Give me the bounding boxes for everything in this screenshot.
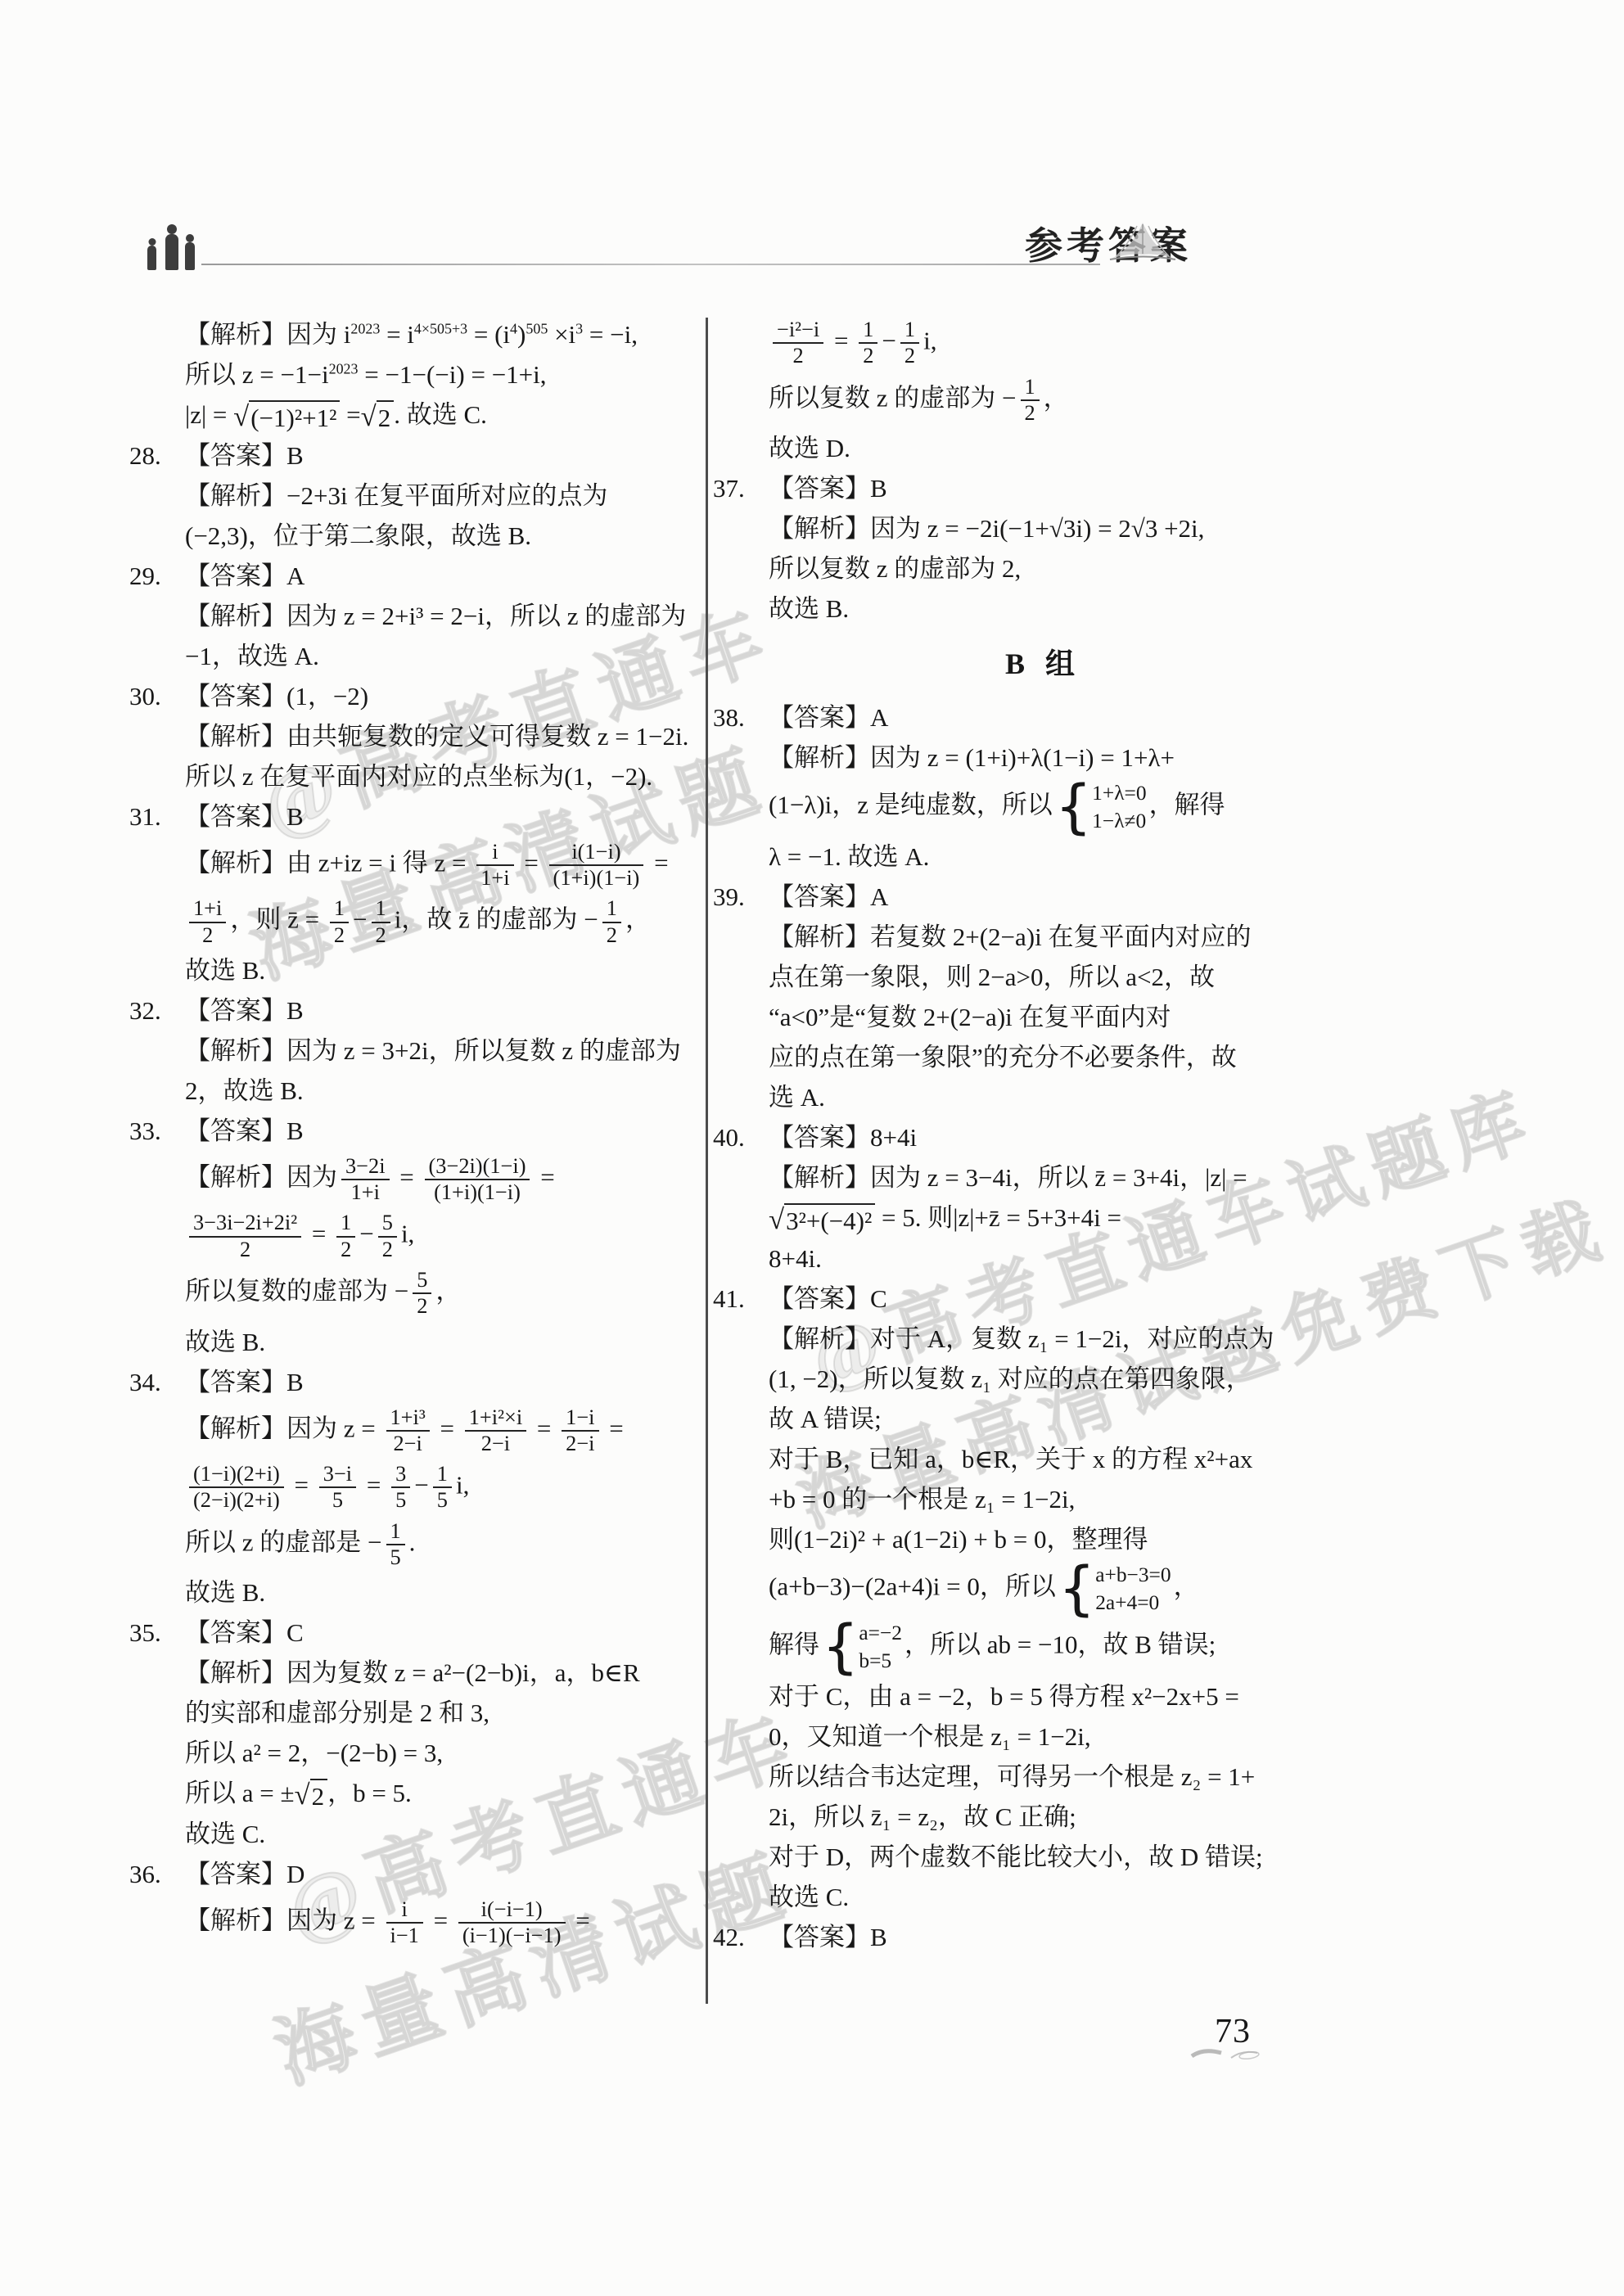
text-run: 故选 C. <box>769 1883 849 1911</box>
fraction-denominator: 5 <box>319 1486 356 1513</box>
solution-text: 【解析】因为复数 z = a²−(2−b)i，a，b∈R <box>185 1654 702 1692</box>
solution-text: 故选 B. <box>185 1574 702 1612</box>
group-header: B 组 <box>713 641 1374 683</box>
solution-text: −1，故选 A. <box>185 638 702 675</box>
solution-line: 所以 z 的虚部是 −15. <box>129 1518 702 1572</box>
solution-text: 2，故选 B. <box>185 1072 702 1110</box>
text-run: 所以结合韦达定理，可得另一个根是 z₂ = 1+ <box>769 1762 1255 1791</box>
solution-line: 所以复数的虚部为 −52， <box>129 1266 702 1321</box>
solution-text: 选 A. <box>769 1079 1472 1116</box>
text-run: (1−λ)i，z 是纯虚数，所以 <box>769 791 1053 819</box>
fraction: 3−i5 <box>319 1462 356 1513</box>
solution-text: “a<0”是“复数 2+(2−a)i 在复平面内对 <box>769 999 1472 1036</box>
text-run: ，b = 5. <box>327 1779 412 1807</box>
text-run: ，所以 ab = −10，故 B 错误; <box>904 1631 1216 1659</box>
solution-text: 0，又知道一个根是 z₁ = 1−2i, <box>769 1718 1472 1756</box>
text-run: 故选 C. <box>185 1820 265 1848</box>
fraction-numerator: 1 <box>336 1211 355 1235</box>
text-run: i, <box>923 326 936 354</box>
solution-line: 40.【答案】8+4i <box>713 1119 1472 1157</box>
superscript: 4×505+3 <box>414 321 467 337</box>
text-run: 0，又知道一个根是 z₁ = 1−2i, <box>769 1722 1091 1751</box>
radicand: 2 <box>310 1779 328 1813</box>
fraction: 12 <box>900 318 919 369</box>
text-run: = <box>434 1414 461 1442</box>
text-run: = <box>534 1162 554 1191</box>
fraction-numerator: 1+i <box>189 896 226 921</box>
text-run: 【解析】因为 <box>185 1162 337 1191</box>
solution-line: 故选 D. <box>713 430 1472 467</box>
solution-line: 所以 z = −1−i2023 = −1−(−i) = −1+i, <box>129 356 702 394</box>
fraction-denominator: 2 <box>773 342 823 368</box>
fraction-denominator: 2 <box>189 1236 301 1262</box>
solution-line: 【解析】因为3−2i1+i = (3−2i)(1−i)(1+i)(1−i) = <box>129 1153 702 1207</box>
cases-system: {a+b−3=02a+4=0 <box>1058 1561 1171 1617</box>
solution-line: 所以复数 z 的虚部为 −12， <box>713 373 1472 428</box>
solution-line: 所以 z 在复平面内对应的点坐标为(1，−2). <box>129 758 702 796</box>
adult-figure-icon <box>165 234 178 270</box>
solution-text: 所以复数 z 的虚部为 2, <box>769 550 1472 588</box>
fraction: 35 <box>391 1462 410 1513</box>
fraction-numerator: 1 <box>372 896 390 921</box>
solution-line: 故选 B. <box>129 952 702 990</box>
radical-sign: √ <box>233 400 249 433</box>
solution-text: 所以 z = −1−i2023 = −1−(−i) = −1+i, <box>185 356 702 394</box>
text-run: 所以复数的虚部为 − <box>185 1276 408 1305</box>
solution-line: (a+b−3)−(2a+4)i = 0，所以{a+b−3=02a+4=0， <box>713 1561 1472 1617</box>
solution-text: −i²−i2 = 12−12i, <box>769 316 1472 371</box>
cases-line: b=5 <box>859 1647 902 1675</box>
solution-line: 0，又知道一个根是 z₁ = 1−2i, <box>713 1718 1472 1756</box>
radical-sign: √ <box>361 400 377 433</box>
text-run: 对于 B，已知 a，b∈R，关于 x 的方程 x²+ax <box>769 1445 1252 1473</box>
solution-text: 【解析】由 z+iz = i 得 z = i1+i = i(1−i)(1+i)(… <box>185 838 702 893</box>
solution-line: 29.【答案】A <box>129 557 702 595</box>
fraction: (3−2i)(1−i)(1+i)(1−i) <box>425 1154 530 1206</box>
solution-line: 选 A. <box>713 1079 1472 1116</box>
text-run: = i <box>380 320 414 349</box>
text-run: ×i <box>548 320 575 349</box>
solution-line: 【解析】因为 z = ii−1 = i(−i−1)(i−1)(−i−1) = <box>129 1896 702 1951</box>
solution-line: 对于 C，由 a = −2，b = 5 得方程 x²−2x+5 = <box>713 1678 1472 1716</box>
text-run: ，解得 <box>1149 791 1225 819</box>
item-number: 34. <box>129 1364 185 1401</box>
solution-line: (1−λ)i，z 是纯虚数，所以{1+λ=01−λ≠0，解得 <box>713 779 1472 836</box>
fraction-denominator: (1+i)(1−i) <box>425 1179 530 1205</box>
text-run: . 故选 C. <box>394 400 487 429</box>
solution-text: λ = −1. 故选 A. <box>769 838 1472 876</box>
child-figure-icon <box>185 242 195 270</box>
text-run: 对于 D，两个虚数不能比较大小，故 D 错误; <box>769 1843 1263 1871</box>
text-run: 【解析】对于 A，复数 z₁ = 1−2i，对应的点为 <box>769 1324 1274 1353</box>
solution-text: 所以 z 的虚部是 −15. <box>185 1518 702 1572</box>
text-run: = <box>647 848 668 877</box>
fraction-numerator: −i²−i <box>773 318 823 342</box>
solution-text: 【解析】因为 z = 3+2i，所以复数 z 的虚部为 <box>185 1032 702 1070</box>
square-root: √2 <box>295 1779 328 1813</box>
fraction: 15 <box>386 1519 405 1571</box>
solution-text: 【解析】因为 z = 1+i³2−i = 1+i²×i2−i = 1−i2−i … <box>185 1404 702 1459</box>
solution-line: 【解析】因为 z = 3+2i，所以复数 z 的虚部为 <box>129 1032 702 1070</box>
text-run: (−2,3)，位于第二象限，故选 B. <box>185 521 531 550</box>
solution-line: (1−i)(2+i)(2−i)(2+i) = 3−i5 = 35−15i, <box>129 1460 702 1515</box>
fraction-numerator: 5 <box>413 1268 431 1292</box>
text-run: 所以 a² = 2，−(2−b) = 3, <box>185 1739 443 1767</box>
solution-line: 应的点在第一象限”的充分不必要条件，故 <box>713 1039 1472 1076</box>
text-run: = <box>340 400 360 429</box>
item-number: 29. <box>129 557 185 595</box>
item-number: 36. <box>129 1856 185 1893</box>
text-run: 则(1−2i)² + a(1−2i) + b = 0，整理得 <box>769 1525 1148 1554</box>
solution-text: 【答案】B <box>185 798 702 836</box>
solution-line: 故选 C. <box>713 1879 1472 1916</box>
fraction: i(1−i)(1+i)(1−i) <box>549 840 644 891</box>
solution-text: 【答案】(1，−2) <box>185 678 702 715</box>
solution-line: 33.【答案】B <box>129 1112 702 1150</box>
text-run: 【答案】B <box>185 441 304 470</box>
solution-line: −i²−i2 = 12−12i, <box>713 316 1472 371</box>
text-run: 【答案】C <box>185 1618 304 1647</box>
text-run: 【解析】因为 z = 3−4i，所以 z̄ = 3+4i，|z| = <box>769 1163 1247 1192</box>
solution-line: 【解析】因为 z = 1+i³2−i = 1+i²×i2−i = 1−i2−i … <box>129 1404 702 1459</box>
solution-line: 【解析】因为 z = 3−4i，所以 z̄ = 3+4i，|z| = <box>713 1159 1472 1197</box>
solution-line: 34.【答案】B <box>129 1364 702 1401</box>
left-brace: { <box>822 1621 859 1673</box>
text-run: 【答案】A <box>769 882 888 911</box>
solution-line: 36.【答案】D <box>129 1856 702 1893</box>
text-run: 【答案】(1，−2) <box>185 682 368 710</box>
solution-text: 【解析】因为 z = −2i(−1+√3i) = 2√3 +2i, <box>769 510 1472 548</box>
item-number: 40. <box>713 1119 769 1157</box>
text-run: 故选 B. <box>185 1578 265 1607</box>
fraction: i1+i <box>476 840 513 891</box>
text-run: 所以 a = ± <box>185 1779 295 1807</box>
solution-line: 所以复数 z 的虚部为 2, <box>713 550 1472 588</box>
fraction-denominator: 5 <box>391 1486 410 1513</box>
solution-line: (−2,3)，位于第二象限，故选 B. <box>129 517 702 555</box>
text-run: = <box>394 1162 421 1191</box>
solution-text: 所以 z 在复平面内对应的点坐标为(1，−2). <box>185 758 702 796</box>
fraction-numerator: 1+i³ <box>386 1405 430 1430</box>
text-run: (1, −2)，所以复数 z₁ 对应的点在第四象限， <box>769 1365 1252 1393</box>
cases-stack: a+b−3=02a+4=0 <box>1095 1561 1171 1617</box>
footer-swoosh-icon <box>1189 2040 1287 2072</box>
solution-text: 【答案】C <box>769 1280 1472 1318</box>
text-run: 所以 z = −1−i <box>185 360 329 389</box>
text-run: 所以复数 z 的虚部为 − <box>769 383 1017 412</box>
text-run: = (i <box>467 320 510 349</box>
fraction-numerator: 1 <box>433 1462 452 1486</box>
solution-line: 所以结合韦达定理，可得另一个根是 z₂ = 1+ <box>713 1758 1472 1796</box>
solution-text: 【答案】B <box>185 437 702 475</box>
fraction: 1+i³2−i <box>386 1405 430 1457</box>
solution-text: +b = 0 的一个根是 z₁ = 1−2i, <box>769 1481 1472 1518</box>
fraction-numerator: 1+i²×i <box>465 1405 526 1430</box>
text-run: 【答案】D <box>185 1860 304 1888</box>
header-divider-line <box>201 264 1100 265</box>
fraction-numerator: 3−3i−2i+2i² <box>189 1211 301 1235</box>
fraction-denominator: 5 <box>433 1486 452 1513</box>
fraction-denominator: 2−i <box>562 1430 598 1456</box>
text-run: (a+b−3)−(2a+4)i = 0，所以 <box>769 1572 1056 1600</box>
solution-text: 【解析】由共轭复数的定义可得复数 z = 1−2i. <box>185 718 702 756</box>
fraction-denominator: (2−i)(2+i) <box>189 1486 284 1513</box>
fraction-denominator: 5 <box>386 1544 405 1570</box>
solution-line: (1, −2)，所以复数 z₁ 对应的点在第四象限， <box>713 1360 1472 1398</box>
cases-line: 2a+4=0 <box>1095 1589 1171 1617</box>
text-run: 【解析】因为 z = 2+i³ = 2−i，所以 z 的虚部为 <box>185 602 686 630</box>
solution-line: 故选 B. <box>713 590 1472 628</box>
text-run: 【答案】A <box>769 703 888 732</box>
solution-line: 2i，所以 z̄₁ = z₂，故 C 正确; <box>713 1798 1472 1836</box>
solution-text: (1−i)(2+i)(2−i)(2+i) = 3−i5 = 35−15i, <box>185 1460 702 1515</box>
text-run: 【解析】因为 z = −2i(−1+√3i) = 2√3 +2i, <box>769 514 1204 543</box>
text-run: 【解析】由 z+iz = i 得 z = <box>185 848 472 877</box>
solution-text: 【答案】A <box>185 557 702 595</box>
solution-text: 8+4i. <box>769 1240 1472 1278</box>
text-run: 故选 D. <box>769 434 850 462</box>
fraction-numerator: i <box>386 1897 423 1922</box>
solution-text: 故选 C. <box>185 1816 702 1853</box>
fraction: 12 <box>859 318 877 369</box>
fraction: 12 <box>602 896 621 948</box>
text-run: 【解析】由共轭复数的定义可得复数 z = 1−2i. <box>185 722 688 751</box>
text-run: − <box>353 905 367 934</box>
text-run: 2，故选 B. <box>185 1076 304 1105</box>
solution-text: 故选 C. <box>769 1879 1472 1916</box>
radicand: (−1)²+1² <box>249 400 340 435</box>
open-book-icon <box>1105 214 1180 269</box>
fraction-denominator: 2 <box>378 1236 397 1262</box>
text-run: = <box>828 326 855 354</box>
text-run: 所以复数 z 的虚部为 2, <box>769 554 1021 583</box>
text-run: 【解析】因为 i <box>185 320 350 349</box>
text-run: i, <box>456 1471 469 1500</box>
solution-text: 2i，所以 z̄₁ = z₂，故 C 正确; <box>769 1798 1472 1836</box>
solution-text: 【解析】−2+3i 在复平面所对应的点为 <box>185 477 702 515</box>
solution-line: 35.【答案】C <box>129 1614 702 1652</box>
superscript: 505 <box>526 321 548 337</box>
solution-line: 故选 B. <box>129 1324 702 1361</box>
child-figure-icon <box>147 246 156 270</box>
text-run: = <box>288 1471 315 1500</box>
fraction: i(−i−1)(i−1)(−i−1) <box>458 1897 566 1949</box>
scanned-answer-page: 参考答案 @高考直通车海量高清试题 @高考直通车试题库海量高清试题免费下载 @高… <box>0 0 1624 2296</box>
fraction-denominator: i−1 <box>386 1922 423 1948</box>
fraction-denominator: 2 <box>336 1236 355 1262</box>
text-run: − <box>359 1220 373 1248</box>
fraction-denominator: (1+i)(1−i) <box>549 864 644 891</box>
text-run: 选 A. <box>769 1083 825 1112</box>
fraction: 12 <box>372 896 390 948</box>
cases-system: {1+λ=01−λ≠0 <box>1055 779 1147 836</box>
fraction-denominator: 2 <box>1021 399 1040 426</box>
solution-text: 【答案】A <box>769 878 1472 916</box>
solution-line: 2，故选 B. <box>129 1072 702 1110</box>
text-run: 【解析】因为 z = (1+i)+λ(1−i) = 1+λ+ <box>769 743 1175 772</box>
fraction: −i²−i2 <box>773 318 823 369</box>
solution-line: 所以 a = ±√2，b = 5. <box>129 1775 702 1813</box>
fraction-numerator: (1−i)(2+i) <box>189 1462 284 1486</box>
fraction-numerator: 1 <box>1021 375 1040 399</box>
item-number: 35. <box>129 1614 185 1652</box>
item-number: 31. <box>129 798 185 836</box>
cases-line: a+b−3=0 <box>1095 1561 1171 1589</box>
text-run: = 5. 则|z|+z̄ = 5+3+4i = <box>875 1203 1121 1232</box>
solution-line: 31.【答案】B <box>129 798 702 836</box>
walking-family-icon <box>146 219 203 270</box>
solution-line: 32.【答案】B <box>129 992 702 1030</box>
text-run: ，则 z̄ = <box>230 905 326 934</box>
solution-text: 【答案】A <box>769 699 1472 737</box>
item-number: 32. <box>129 992 185 1030</box>
cases-system: {a=−2b=5 <box>822 1619 902 1676</box>
solution-line: |z| = √(−1)²+1² =√2. 故选 C. <box>129 396 702 435</box>
solution-line: 【解析】由共轭复数的定义可得复数 z = 1−2i. <box>129 718 702 756</box>
solution-line: 【解析】因为 z = 2+i³ = 2−i，所以 z 的虚部为 <box>129 598 702 635</box>
solution-line: 解得{a=−2b=5，所以 ab = −10，故 B 错误; <box>713 1619 1472 1676</box>
solution-text: 所以复数 z 的虚部为 −12， <box>769 373 1472 428</box>
text-run: “a<0”是“复数 2+(2−a)i 在复平面内对 <box>769 1003 1171 1031</box>
text-run: = <box>518 848 545 877</box>
left-brace: { <box>1058 1563 1095 1615</box>
solution-line: 8+4i. <box>713 1240 1472 1278</box>
fraction-denominator: 2 <box>900 342 919 368</box>
solution-line: 【解析】若复数 2+(2−a)i 在复平面内对应的 <box>713 918 1472 956</box>
solution-line: 41.【答案】C <box>713 1280 1472 1318</box>
item-number: 30. <box>129 678 185 715</box>
square-root: √2 <box>361 400 395 435</box>
fraction-numerator: i(−i−1) <box>458 1897 566 1922</box>
fraction-numerator: 1 <box>900 318 919 342</box>
cases-stack: 1+λ=01−λ≠0 <box>1092 779 1146 836</box>
fraction-numerator: 3 <box>391 1462 410 1486</box>
solution-text: 对于 C，由 a = −2，b = 5 得方程 x²−2x+5 = <box>769 1678 1472 1716</box>
left-column: 【解析】因为 i2023 = i4×505+3 = (i4)505 ×i3 = … <box>129 316 702 1953</box>
column-divider <box>706 318 708 2004</box>
text-run: 【答案】A <box>185 562 304 590</box>
solution-text: (−2,3)，位于第二象限，故选 B. <box>185 517 702 555</box>
text-run: = −i, <box>583 320 638 349</box>
text-run: = <box>305 1220 332 1248</box>
text-run: 【答案】B <box>185 802 304 831</box>
solution-text: 3−3i−2i+2i²2 = 12−52i, <box>185 1209 702 1264</box>
solution-text: 则(1−2i)² + a(1−2i) + b = 0，整理得 <box>769 1521 1472 1558</box>
solution-text: 应的点在第一象限”的充分不必要条件，故 <box>769 1039 1472 1076</box>
text-run: 【解析】若复数 2+(2−a)i 在复平面内对应的 <box>769 922 1251 951</box>
text-run: 2i，所以 z̄₁ = z₂，故 C 正确; <box>769 1802 1076 1831</box>
item-number: 28. <box>129 437 185 475</box>
solution-line: “a<0”是“复数 2+(2−a)i 在复平面内对 <box>713 999 1472 1036</box>
superscript: 2023 <box>350 321 380 337</box>
text-run: 【答案】B <box>185 1116 304 1145</box>
fraction: (1−i)(2+i)(2−i)(2+i) <box>189 1462 284 1513</box>
text-run: 【答案】B <box>185 996 304 1025</box>
fraction-numerator: i <box>476 840 513 864</box>
solution-line: 点在第一象限，则 2−a>0，所以 a<2，故 <box>713 959 1472 996</box>
text-run: 解得 <box>769 1631 819 1659</box>
solution-line: −1，故选 A. <box>129 638 702 675</box>
text-run: ， <box>435 1276 461 1305</box>
fraction-numerator: 1 <box>602 896 621 921</box>
solution-line: 42.【答案】B <box>713 1919 1472 1956</box>
fraction-numerator: 3−2i <box>341 1154 390 1179</box>
fraction-denominator: 2−i <box>386 1430 430 1456</box>
solution-text: 【答案】B <box>769 1919 1472 1956</box>
solution-line: 则(1−2i)² + a(1−2i) + b = 0，整理得 <box>713 1521 1472 1558</box>
solution-line: 对于 B，已知 a，b∈R，关于 x 的方程 x²+ax <box>713 1441 1472 1478</box>
fraction-denominator: 1+i <box>476 864 513 891</box>
solution-line: 38.【答案】A <box>713 699 1472 737</box>
text-run: 所以 z 在复平面内对应的点坐标为(1，−2). <box>185 762 652 791</box>
item-number: 41. <box>713 1280 769 1318</box>
cases-line: 1+λ=0 <box>1092 779 1146 807</box>
solution-line: 故选 B. <box>129 1574 702 1612</box>
fraction-denominator: (i−1)(−i−1) <box>458 1922 566 1948</box>
item-number: 37. <box>713 470 769 507</box>
text-run: − <box>882 326 895 354</box>
fraction-numerator: 5 <box>378 1211 397 1235</box>
text-run: 对于 C，由 a = −2，b = 5 得方程 x²−2x+5 = <box>769 1682 1239 1711</box>
solution-line: 【解析】因为复数 z = a²−(2−b)i，a，b∈R <box>129 1654 702 1692</box>
solution-line: 【解析】因为 i2023 = i4×505+3 = (i4)505 ×i3 = … <box>129 316 702 354</box>
solution-text: 【解析】因为3−2i1+i = (3−2i)(1−i)(1+i)(1−i) = <box>185 1153 702 1207</box>
solution-text: 【解析】因为 z = ii−1 = i(−i−1)(i−1)(−i−1) = <box>185 1896 702 1951</box>
radicand: 2 <box>377 400 395 435</box>
fraction: 12 <box>336 1211 355 1262</box>
fraction: 1−i2−i <box>562 1405 598 1457</box>
text-run: 的实部和虚部分别是 2 和 3, <box>185 1698 489 1727</box>
solution-text: √3²+(−4)² = 5. 则|z|+z̄ = 5+3+4i = <box>769 1199 1472 1238</box>
solution-text: 故选 B. <box>185 1324 702 1361</box>
fraction: 52 <box>378 1211 397 1262</box>
fraction-numerator: 1−i <box>562 1405 598 1430</box>
item-number: 42. <box>713 1919 769 1956</box>
solution-text: 点在第一象限，则 2−a>0，所以 a<2，故 <box>769 959 1472 996</box>
solution-text: (a+b−3)−(2a+4)i = 0，所以{a+b−3=02a+4=0， <box>769 1561 1472 1617</box>
answers-body: 【解析】因为 i2023 = i4×505+3 = (i4)505 ×i3 = … <box>129 316 1472 2004</box>
solution-line: 故选 C. <box>129 1816 702 1853</box>
fraction: 1+i2 <box>189 896 226 948</box>
text-run: ， <box>1044 383 1069 412</box>
text-run: 故选 B. <box>769 594 849 623</box>
solution-line: 3−3i−2i+2i²2 = 12−52i, <box>129 1209 702 1264</box>
fraction: 1+i²×i2−i <box>465 1405 526 1457</box>
text-run: 【答案】B <box>769 1923 887 1951</box>
text-run: . <box>409 1527 416 1556</box>
text-run: ， <box>1174 1572 1199 1600</box>
fraction: 12 <box>1021 375 1040 426</box>
fraction-denominator: 2 <box>859 342 877 368</box>
text-run: 点在第一象限，则 2−a>0，所以 a<2，故 <box>769 963 1215 991</box>
fraction-denominator: 1+i <box>341 1179 390 1205</box>
solution-line: 故 A 错误; <box>713 1401 1472 1438</box>
text-run: |z| = <box>185 400 233 429</box>
solution-text: 【解析】因为 i2023 = i4×505+3 = (i4)505 ×i3 = … <box>185 316 702 354</box>
solution-text: 【解析】因为 z = (1+i)+λ(1−i) = 1+λ+ <box>769 739 1472 777</box>
item-number: 33. <box>129 1112 185 1150</box>
text-run: 故 A 错误; <box>769 1405 882 1433</box>
solution-line: 【解析】因为 z = −2i(−1+√3i) = 2√3 +2i, <box>713 510 1472 548</box>
text-run: 故选 B. <box>185 956 265 985</box>
solution-line: 【解析】对于 A，复数 z₁ = 1−2i，对应的点为 <box>713 1320 1472 1358</box>
solution-text: 【解析】因为 z = 3−4i，所以 z̄ = 3+4i，|z| = <box>769 1159 1472 1197</box>
solution-line: 【解析】由 z+iz = i 得 z = i1+i = i(1−i)(1+i)(… <box>129 838 702 893</box>
solution-text: 解得{a=−2b=5，所以 ab = −10，故 B 错误; <box>769 1619 1472 1676</box>
solution-text: 故选 B. <box>769 590 1472 628</box>
solution-text: 故 A 错误; <box>769 1401 1472 1438</box>
fraction: 3−3i−2i+2i²2 <box>189 1211 301 1262</box>
